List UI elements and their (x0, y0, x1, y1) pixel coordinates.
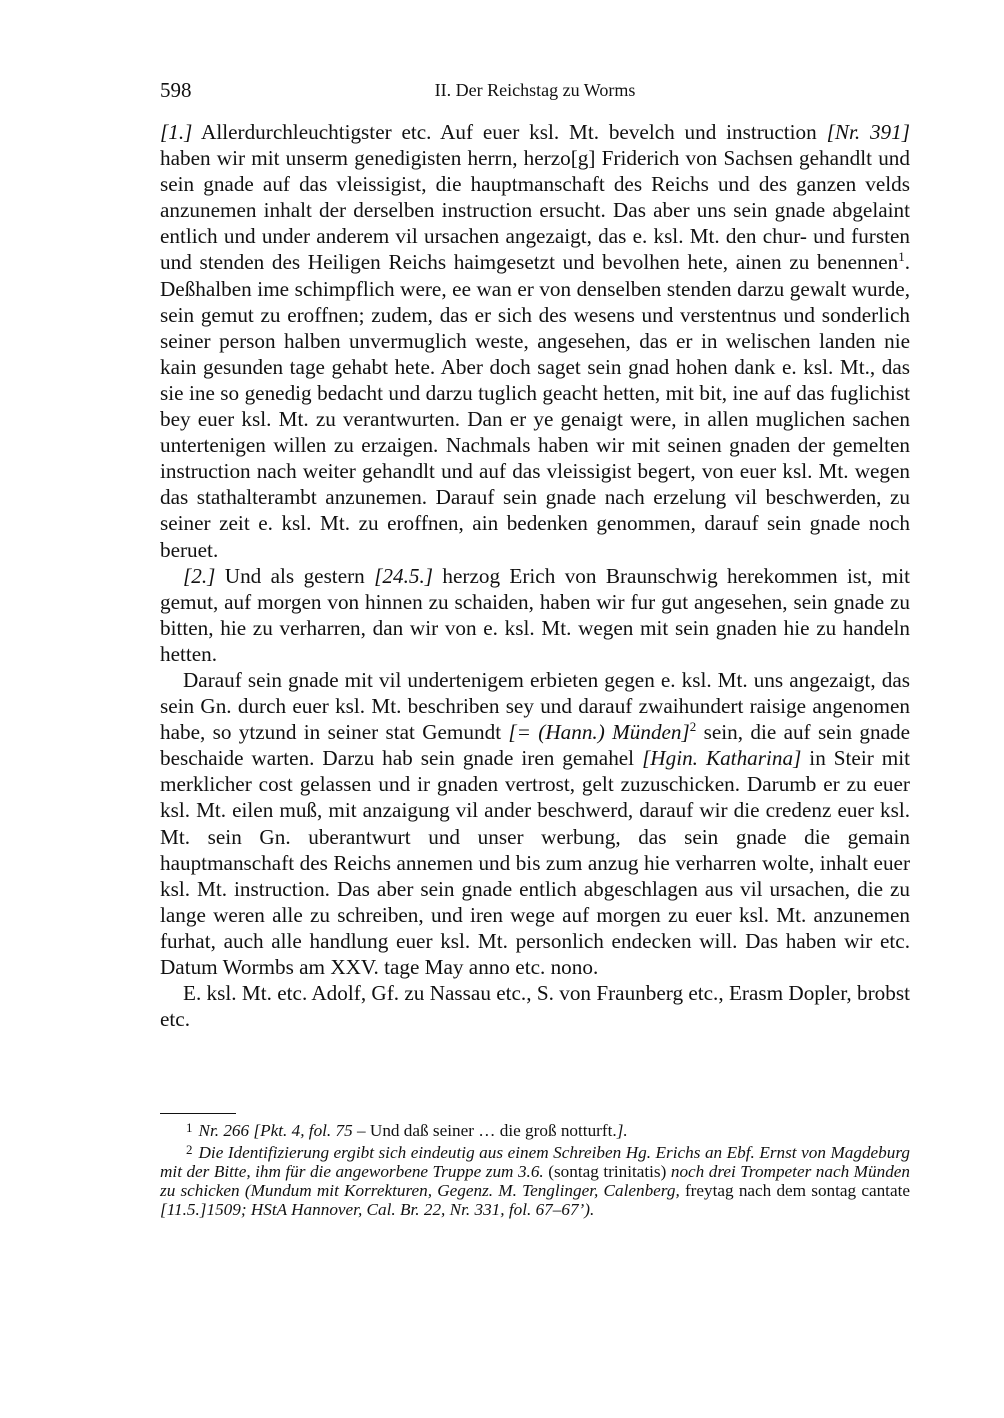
text-run: Allerdurchleuchtigster etc. Auf euer ksl… (192, 120, 826, 144)
editorial-italic: [1.] (160, 120, 192, 144)
text-run: in Steir mit merklicher cost gelassen un… (160, 746, 910, 979)
editorial-italic: ]. (617, 1121, 628, 1140)
paragraph-1: [1.] Allerdurchleuchtigster etc. Auf eue… (160, 119, 910, 563)
paragraph-2: [2.] Und als gestern [24.5.] herzog Eric… (160, 563, 910, 667)
editorial-italic: [= (Hann.) Münden] (508, 720, 689, 744)
text-run: haben wir mit unserm genedigisten herrn,… (160, 146, 910, 274)
footnote-1: 1Nr. 266 [Pkt. 4, fol. 75 – Und daß sein… (160, 1118, 910, 1140)
editorial-italic: [Nr. 391] (827, 120, 910, 144)
text-run: . Deßhalben ime schimpflich were, ee wan… (160, 250, 910, 561)
footnote-separator (160, 1113, 236, 1114)
main-text: [1.] Allerdurchleuchtigster etc. Auf eue… (160, 119, 910, 1032)
running-title: II. Der Reichstag zu Worms (160, 80, 910, 101)
text-run: freytag nach dem sontag cantate (680, 1181, 910, 1200)
footnotes: 1Nr. 266 [Pkt. 4, fol. 75 – Und daß sein… (160, 1118, 910, 1219)
text-run: – Und daß seiner … die groß notturft. (353, 1121, 617, 1140)
editorial-italic: [11.5.]1509; HStA Hannover, Cal. Br. 22,… (160, 1200, 594, 1219)
page-header: 598 II. Der Reichstag zu Worms (160, 78, 910, 108)
editorial-italic: [Hgin. Katharina] (642, 746, 801, 770)
footnote-number: 2 (186, 1142, 193, 1157)
text-run: (sontag trinitatis) (544, 1162, 671, 1181)
text-run: E. ksl. Mt. etc. Adolf, Gf. zu Nassau et… (160, 981, 910, 1031)
editorial-italic: [24.5.] (374, 564, 433, 588)
footnote-2: 2Die Identifizierung ergibt sich eindeut… (160, 1140, 910, 1219)
footnote-number: 1 (186, 1120, 193, 1135)
text-run: Und als gestern (215, 564, 374, 588)
editorial-italic: [2.] (183, 564, 215, 588)
paragraph-3: Darauf sein gnade mit vil undertenigem e… (160, 667, 910, 980)
signature-paragraph: E. ksl. Mt. etc. Adolf, Gf. zu Nassau et… (160, 980, 910, 1032)
editorial-italic: Nr. 266 [Pkt. 4, fol. 75 (199, 1121, 353, 1140)
